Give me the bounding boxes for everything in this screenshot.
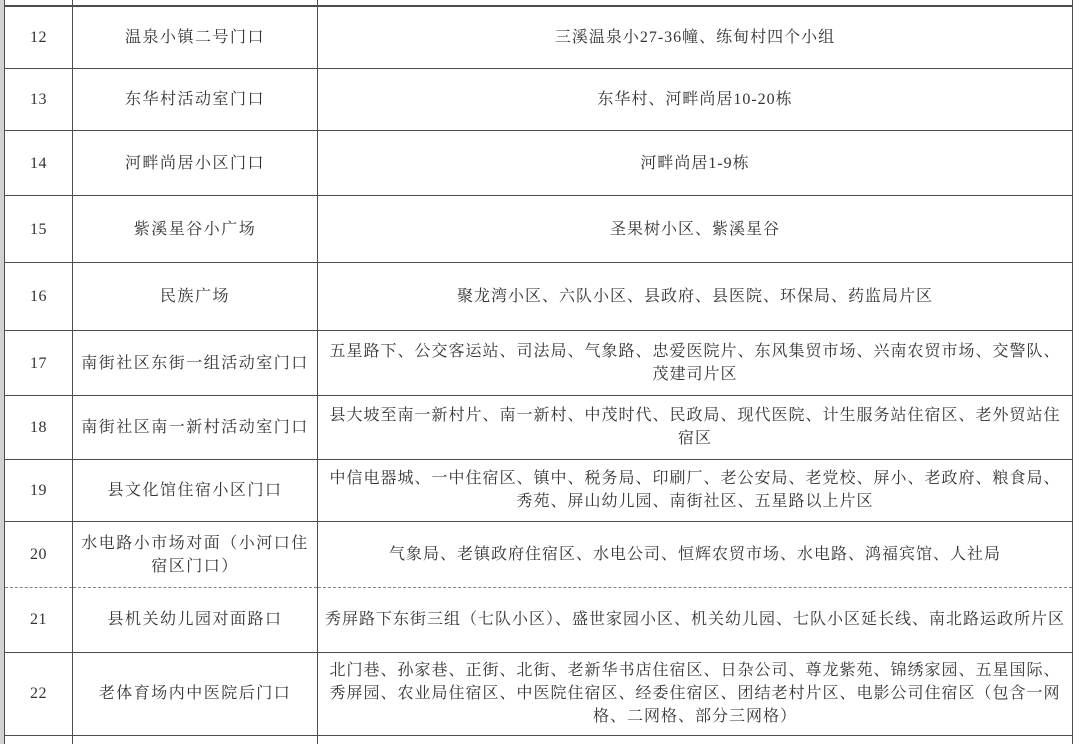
- row-number-cell: 15: [5, 196, 73, 262]
- row-number-cell: 18: [5, 396, 73, 459]
- row-number-cell: 17: [5, 331, 73, 396]
- table-row: 12温泉小镇二号门口三溪温泉小27-36幢、练甸村四个小组: [5, 6, 1073, 68]
- coverage-area-cell: 东华村、河畔尚居10-20栋: [318, 68, 1073, 130]
- site-name-cell: 民族广场: [73, 262, 318, 330]
- table-row: 20水电路小市场对面（小河口住宿区门口）气象局、老镇政府住宿区、水电公司、恒辉农…: [5, 521, 1073, 587]
- coverage-area-cell: 五星路下、公交客运站、司法局、气象路、忠爱医院片、东风集贸市场、兴南农贸市场、交…: [318, 331, 1073, 396]
- row-number-cell: 19: [5, 459, 73, 521]
- table-bottom-sliver: [5, 736, 1073, 744]
- site-name-cell: 南街社区南一新村活动室门口: [73, 396, 318, 459]
- coverage-area-cell: 气象局、老镇政府住宿区、水电公司、恒辉农贸市场、水电路、鸿福宾馆、人社局: [318, 521, 1073, 587]
- row-number-cell: 16: [5, 262, 73, 330]
- coverage-area-cell: 圣果树小区、紫溪星谷: [318, 196, 1073, 262]
- testing-sites-table: 12温泉小镇二号门口三溪温泉小27-36幢、练甸村四个小组13东华村活动室门口东…: [4, 0, 1073, 744]
- coverage-area-cell: 北门巷、孙家巷、正街、北街、老新华书店住宿区、日杂公司、尊龙紫苑、锦绣家园、五星…: [318, 652, 1073, 735]
- table-row: 14河畔尚居小区门口河畔尚居1-9栋: [5, 131, 1073, 196]
- coverage-area-cell: 中信电器城、一中住宿区、镇中、税务局、印刷厂、老公安局、老党校、屏小、老政府、粮…: [318, 459, 1073, 521]
- document-page: 12温泉小镇二号门口三溪温泉小27-36幢、练甸村四个小组13东华村活动室门口东…: [0, 0, 1080, 744]
- row-number-cell: 21: [5, 588, 73, 652]
- site-name-cell: 老体育场内中医院后门口: [73, 652, 318, 735]
- table-row: 16民族广场聚龙湾小区、六队小区、县政府、县医院、环保局、药监局片区: [5, 262, 1073, 330]
- row-number-cell: 13: [5, 68, 73, 130]
- table-row: 19县文化馆住宿小区门口中信电器城、一中住宿区、镇中、税务局、印刷厂、老公安局、…: [5, 459, 1073, 521]
- row-number-cell: 14: [5, 131, 73, 196]
- site-name-cell: 水电路小市场对面（小河口住宿区门口）: [73, 521, 318, 587]
- site-name-cell: 南街社区东街一组活动室门口: [73, 331, 318, 396]
- site-name-cell: 紫溪星谷小广场: [73, 196, 318, 262]
- coverage-area-cell: 县大坡至南一新村片、南一新村、中茂时代、民政局、现代医院、计生服务站住宿区、老外…: [318, 396, 1073, 459]
- sliver-cell: [5, 736, 73, 744]
- table-row: 18南街社区南一新村活动室门口县大坡至南一新村片、南一新村、中茂时代、民政局、现…: [5, 396, 1073, 459]
- coverage-area-cell: 秀屏路下东街三组（七队小区）、盛世家园小区、机关幼儿园、七队小区延长线、南北路运…: [318, 588, 1073, 652]
- site-name-cell: 温泉小镇二号门口: [73, 6, 318, 68]
- row-number-cell: 22: [5, 652, 73, 735]
- row-number-cell: 20: [5, 521, 73, 587]
- site-name-cell: 东华村活动室门口: [73, 68, 318, 130]
- row-number-cell: 12: [5, 6, 73, 68]
- coverage-area-cell: 三溪温泉小27-36幢、练甸村四个小组: [318, 6, 1073, 68]
- partial-row-below: [5, 736, 1073, 744]
- table-row: 13东华村活动室门口东华村、河畔尚居10-20栋: [5, 68, 1073, 130]
- table-row: 21县机关幼儿园对面路口秀屏路下东街三组（七队小区）、盛世家园小区、机关幼儿园、…: [5, 588, 1073, 652]
- coverage-area-cell: 河畔尚居1-9栋: [318, 131, 1073, 196]
- table-row: 22老体育场内中医院后门口北门巷、孙家巷、正街、北街、老新华书店住宿区、日杂公司…: [5, 652, 1073, 735]
- coverage-area-cell: 聚龙湾小区、六队小区、县政府、县医院、环保局、药监局片区: [318, 262, 1073, 330]
- sliver-cell: [318, 736, 1073, 744]
- site-name-cell: 河畔尚居小区门口: [73, 131, 318, 196]
- table-row: 15紫溪星谷小广场圣果树小区、紫溪星谷: [5, 196, 1073, 262]
- table-row: 17南街社区东街一组活动室门口五星路下、公交客运站、司法局、气象路、忠爱医院片、…: [5, 331, 1073, 396]
- table-body: 12温泉小镇二号门口三溪温泉小27-36幢、练甸村四个小组13东华村活动室门口东…: [5, 6, 1073, 736]
- site-name-cell: 县机关幼儿园对面路口: [73, 588, 318, 652]
- sliver-cell: [73, 736, 318, 744]
- site-name-cell: 县文化馆住宿小区门口: [73, 459, 318, 521]
